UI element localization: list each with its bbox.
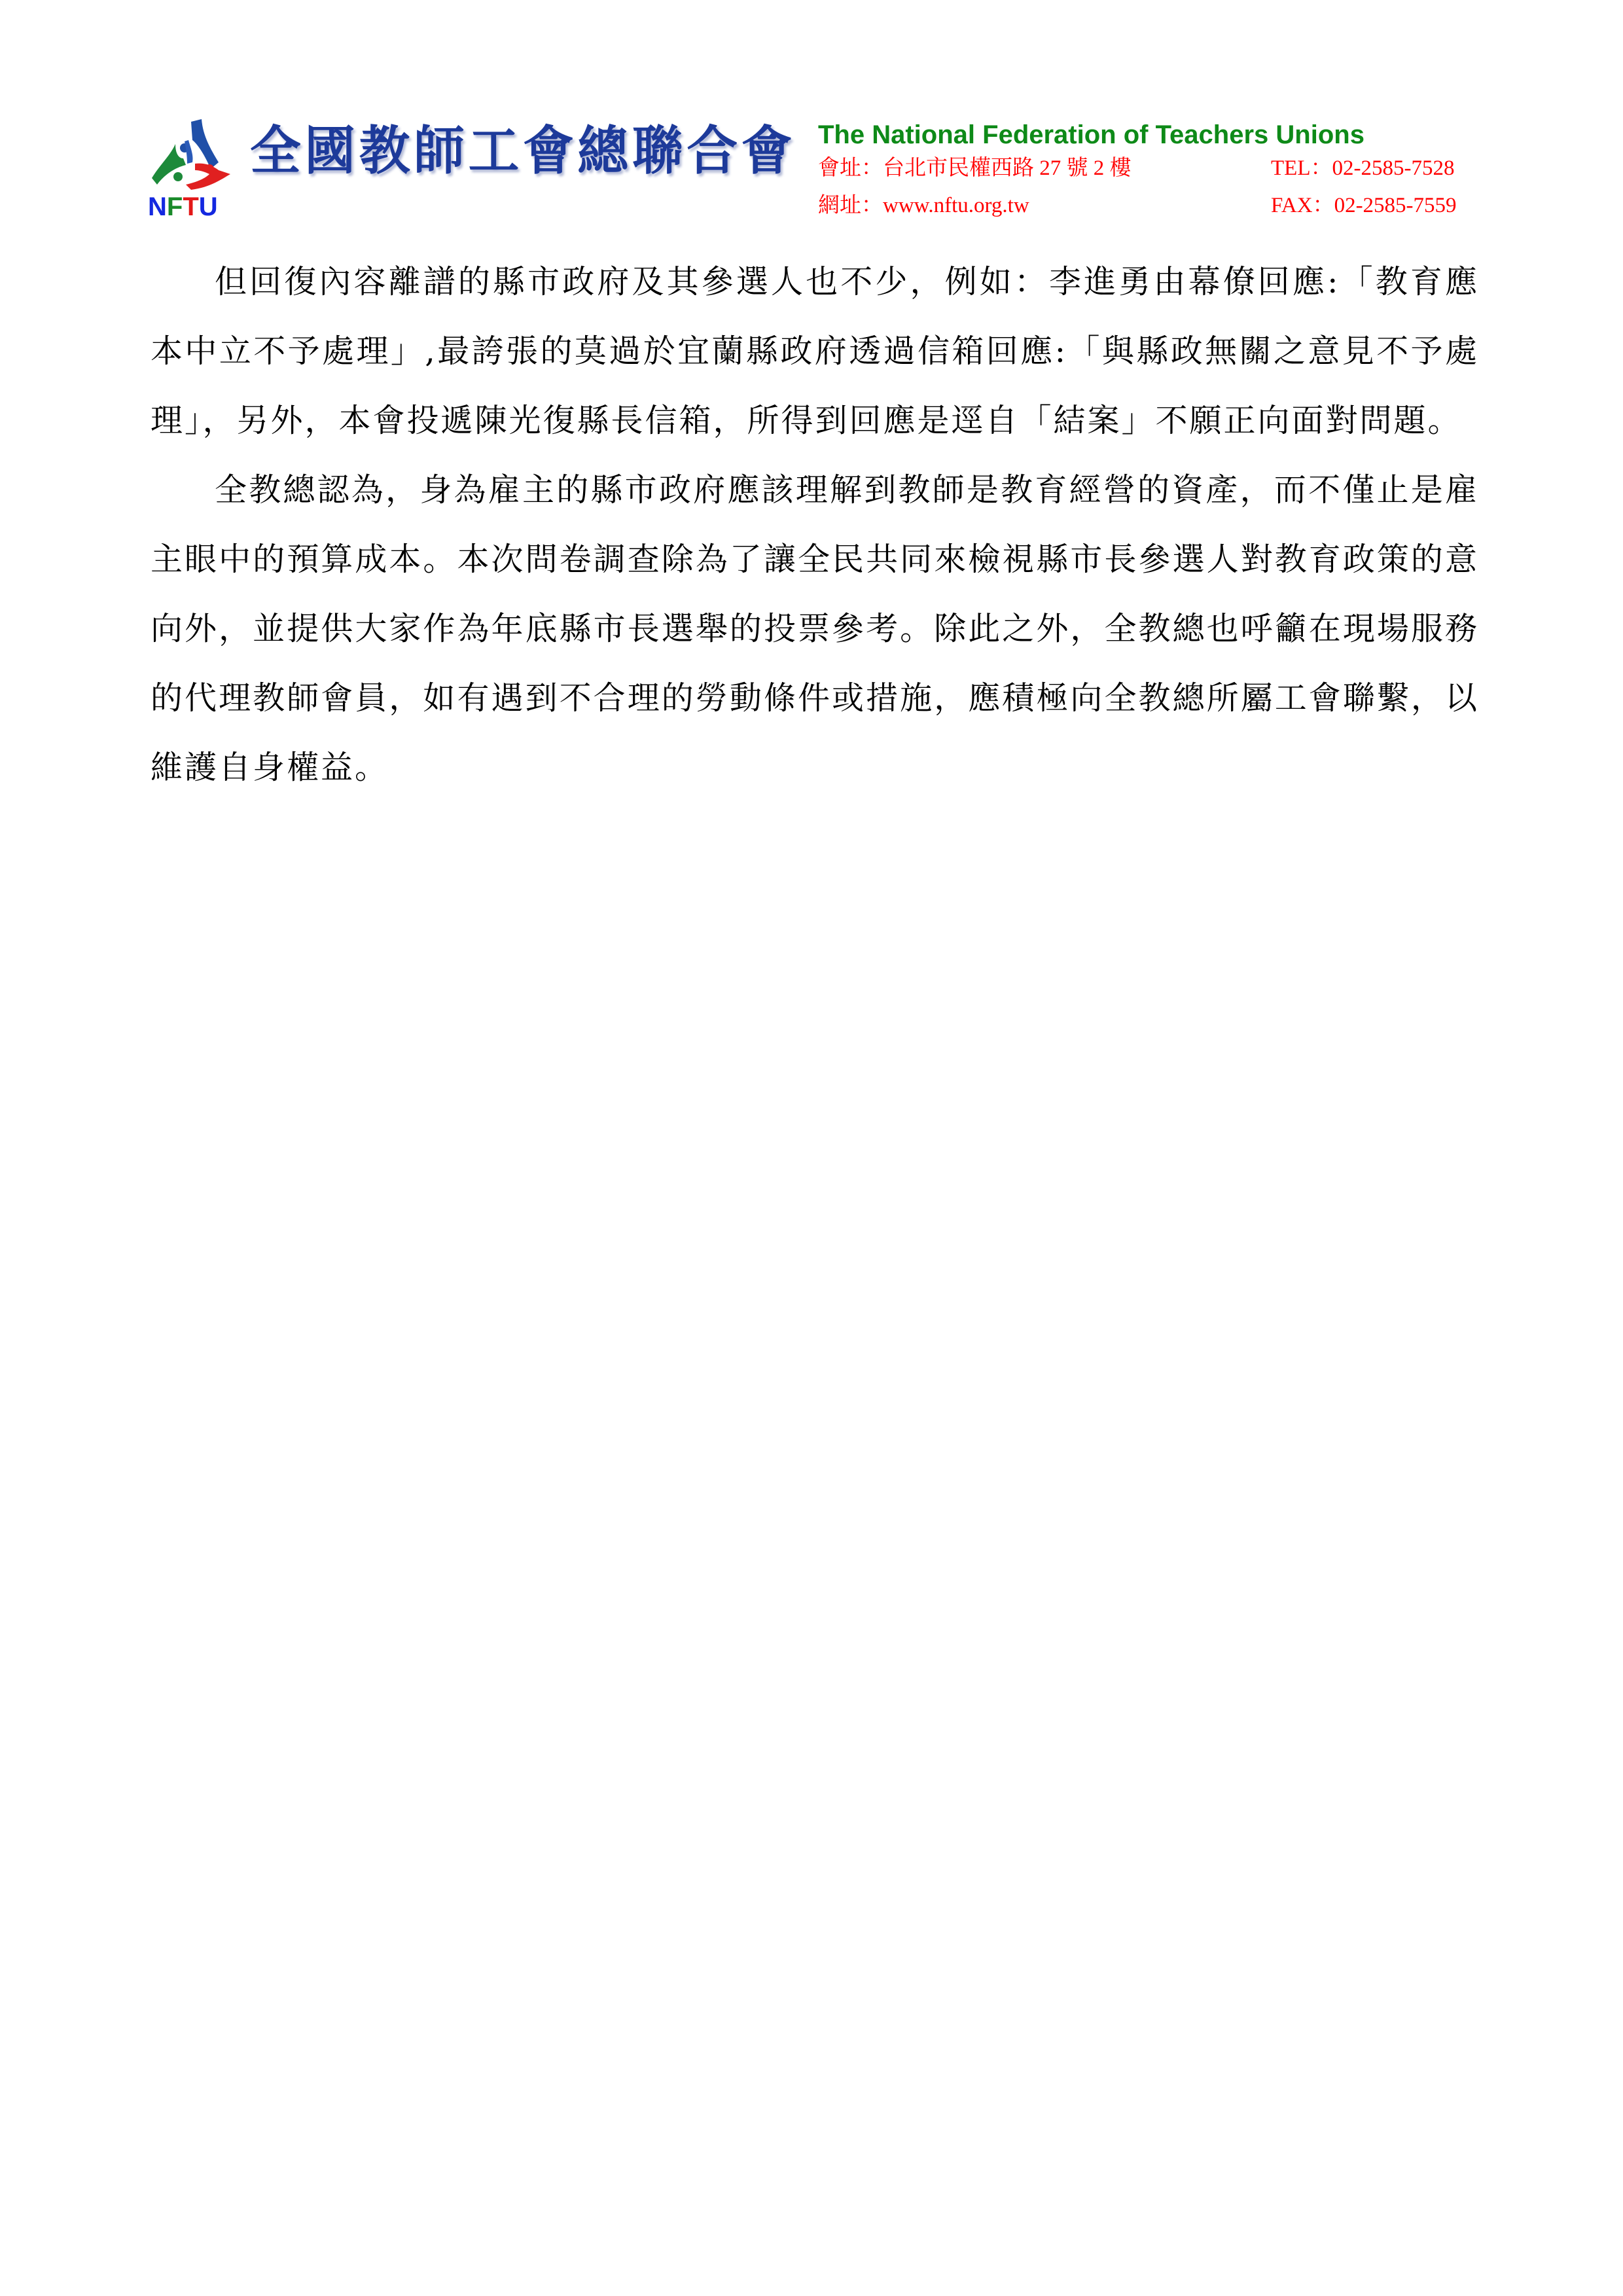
org-name-english: The National Federation of Teachers Unio… — [818, 122, 1364, 148]
telephone: TEL：02-2585-7528 — [1271, 158, 1454, 179]
document-page: NFTU 全國教師工會總聯合會 The National Federation … — [0, 0, 1623, 2296]
paragraph: 但回復內容離譜的縣市政府及其參選人也不少，例如：李進勇由幕僚回應:「教育應本中立… — [151, 247, 1479, 456]
paragraph: 全教總認為，身為雇主的縣市政府應該理解到教師是教育經營的資產，而不僅止是雇主眼中… — [151, 456, 1479, 802]
nftu-acronym: NFTU — [148, 194, 218, 220]
letterhead: NFTU 全國教師工會總聯合會 The National Federation … — [145, 117, 1480, 228]
website-link[interactable]: 網址：www.nftu.org.tw — [818, 195, 1029, 217]
address: 會址：台北市民權西路 27 號 2 樓 — [818, 158, 1132, 179]
org-name-chinese: 全國教師工會總聯合會 — [250, 124, 796, 177]
nftu-logo: NFTU — [145, 117, 237, 221]
nftu-logo-icon — [145, 117, 237, 195]
fax-number: FAX：02-2585-7559 — [1271, 195, 1457, 217]
document-body: 但回復內容離譜的縣市政府及其參選人也不少，例如：李進勇由幕僚回應:「教育應本中立… — [151, 247, 1479, 802]
